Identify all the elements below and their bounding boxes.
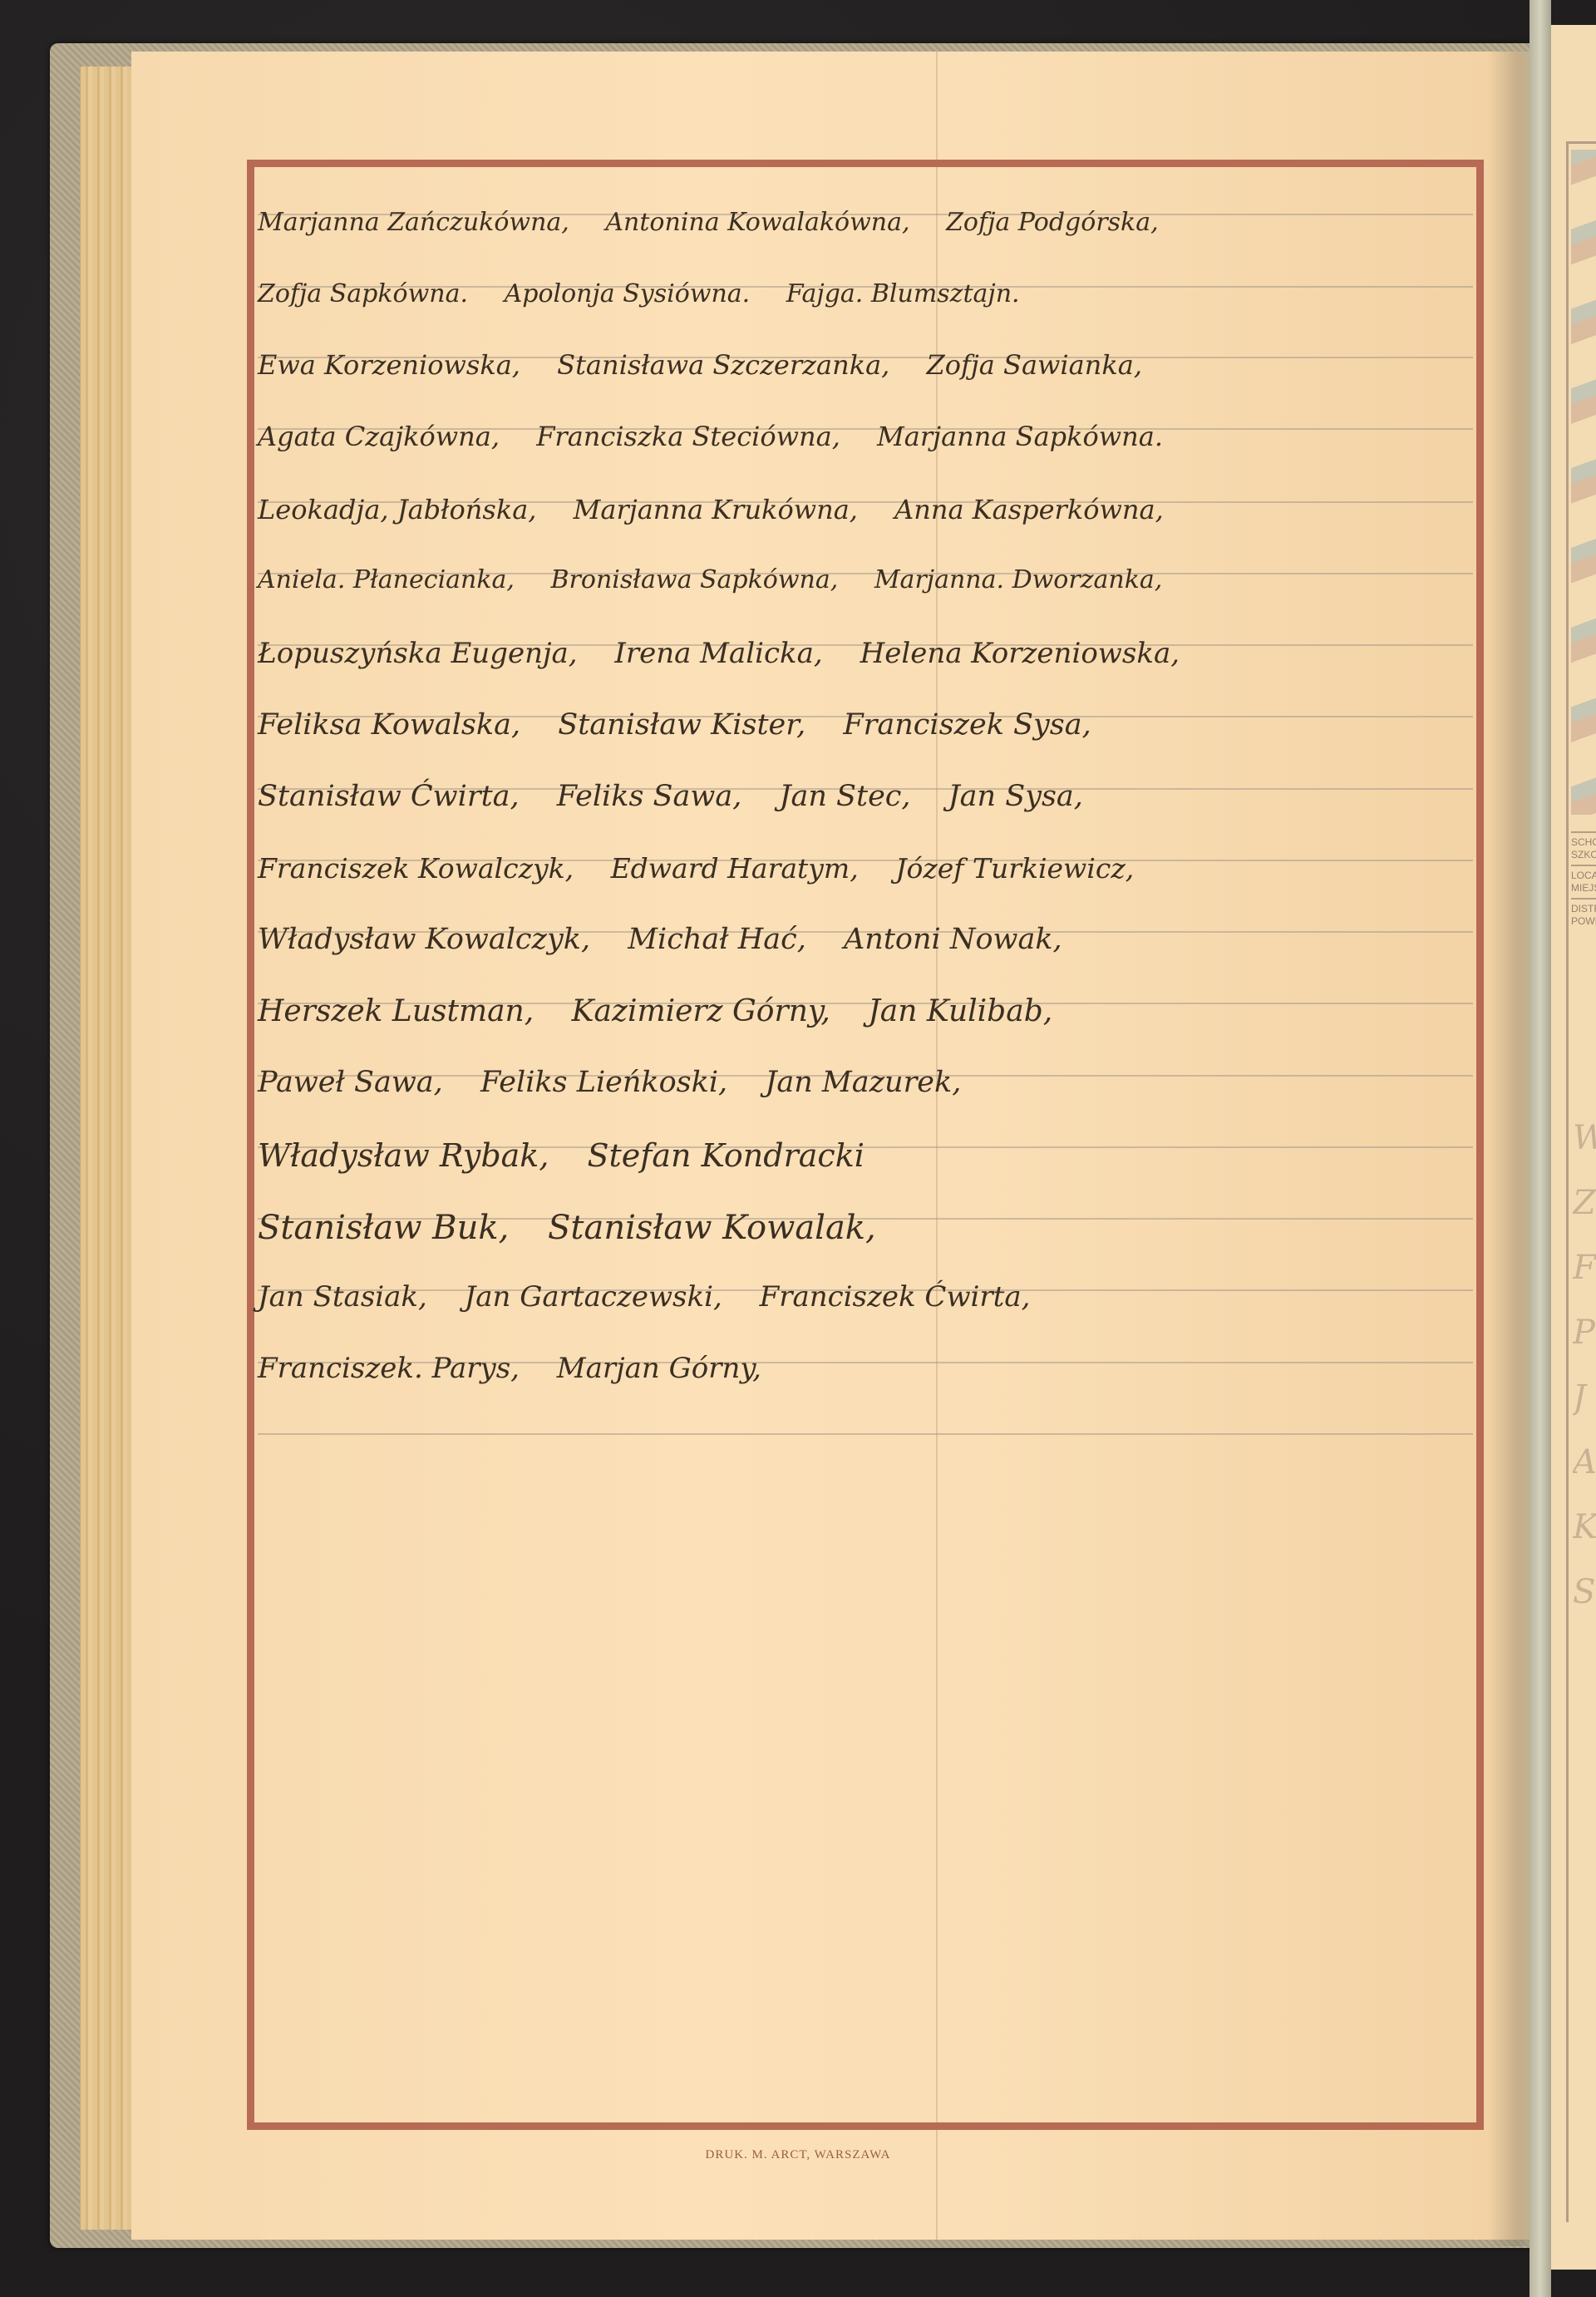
list-row: Władysław Rybak, Stefan Kondracki [258,1137,1463,1204]
name-entry: Marjanna Sapkówna. [877,421,1163,452]
name-entry: Stanisława Szczerzanka, [557,349,889,381]
label-school: SCHOOL [1571,836,1596,848]
name-entry: Marjanna Zańczukówna, [258,208,569,237]
name-entry: Stefan Kondracki [588,1137,864,1174]
page-edges [80,67,134,2230]
name-entry: Zofja Podgórska, [946,208,1159,237]
name-entry: Władysław Kowalczyk, [258,923,590,956]
printer-imprint: DRUK. M. ARCT, WARSZAWA [0,2148,1596,2162]
label-district: DISTRICT [1571,903,1596,914]
name-entry: Agata Czajkówna, [258,421,500,452]
rule-line [258,1433,1473,1435]
name-entry: Irena Malicka, [614,637,822,670]
list-row: Paweł Sawa, Feliks Lieńkoski, Jan Mazure… [258,1066,1463,1132]
name-entry: Stanisław Kister, [558,708,805,742]
list-row: Leokadja, Jabłońska, Marjanna Krukówna, … [258,494,1463,560]
name-entry: Marjan Górny, [557,1352,761,1385]
name-entry: Paweł Sawa, [258,1066,443,1099]
name-entry: Kazimierz Górny, [572,994,830,1028]
name-entry: Edward Haratym, [611,852,859,885]
name-entry: Michał Hać, [628,923,806,956]
name-entry: Bronisława Sapkówna, [551,565,839,594]
name-entry: Zofja Sawianka, [927,349,1142,381]
adjacent-page-labels: SCHOOLSZKOŁA LOCALITYMIEJSCOW DISTRICTPO… [1571,831,1596,931]
adjacent-page-ghost-text: WZFPJAKS [1573,1106,1596,1624]
name-entry: Franciszek Sysa, [843,708,1091,742]
name-entry: Stanisław Kowalak, [548,1209,876,1247]
name-entry: Ewa Korzeniowska, [258,349,520,381]
list-row: Jan Stasiak, Jan Gartaczewski, Francisze… [258,1280,1463,1347]
name-entry: Aniela. Płanecianka, [258,565,515,594]
list-row: Herszek Lustman, Kazimierz Górny, Jan Ku… [258,994,1463,1061]
name-entry: Franciszek Kowalczyk, [258,852,574,885]
name-entry: Marjanna. Dworzanka, [874,565,1162,594]
list-row: Feliksa Kowalska, Stanisław Kister, Fran… [258,708,1463,775]
name-entry: Helena Korzeniowska, [860,637,1180,670]
list-row: Franciszek. Parys, Marjan Górny, [258,1352,1463,1418]
list-row: Franciszek Kowalczyk, Edward Haratym, Jó… [258,852,1463,919]
list-row: Marjanna Zańczukówna, Antonina Kowalaków… [258,208,1463,274]
list-row: Stanisław Buk, Stanisław Kowalak, [258,1209,1463,1275]
list-row: Aniela. Płanecianka, Bronisława Sapkówna… [258,565,1463,632]
name-entry: Leokadja, Jabłońska, [258,494,536,525]
name-entry: Stanisław Buk, [258,1209,509,1247]
label-miejscowosc: MIEJSCOW [1571,882,1596,894]
name-entry: Fajga. Blumsztajn. [786,279,1020,308]
list-row: Władysław Kowalczyk, Michał Hać, Antoni … [258,923,1463,989]
adjacent-page-ornament [1571,150,1596,815]
name-entry: Herszek Lustman, [258,994,534,1028]
name-entry: Franciszek. Parys, [258,1352,520,1385]
name-entry: Jan Stasiak, [258,1280,427,1314]
name-entry: Franciszka Steciówna, [536,421,840,452]
label-szkola: SZKOŁA [1571,849,1596,860]
list-row: Zofja Sapkówna. Apolonja Sysiówna. Fajga… [258,279,1463,346]
list-row: Ewa Korzeniowska, Stanisława Szczerzanka… [258,349,1463,416]
list-row: Agata Czajkówna, Franciszka Steciówna, M… [258,421,1463,487]
name-entry: Apolonja Sysiówna. [505,279,751,308]
name-entry: Władysław Rybak, [258,1137,549,1174]
label-locality: LOCALITY [1571,870,1596,881]
name-entry: Marjanna Krukówna, [574,494,858,525]
name-entry: Jan Stec, [779,780,910,813]
name-entry: Antonina Kowalakówna, [605,208,909,237]
name-entry: Franciszek Ćwirta, [760,1280,1031,1314]
name-entry: Jan Kulibab, [868,994,1052,1028]
name-entry: Feliks Lieńkoski, [480,1066,727,1099]
name-entry: Antoni Nowak, [844,923,1062,956]
label-powiat: POWIAT [1571,915,1596,927]
name-entry: Feliks Sawa, [557,780,742,813]
name-entry: Anna Kasperkówna, [894,494,1164,525]
book-spine [1529,0,1551,2297]
list-row: Łopuszyńska Eugenja, Irena Malicka, Hele… [258,637,1463,703]
name-entry: Stanisław Ćwirta, [258,780,520,813]
name-entry: Zofja Sapkówna. [258,279,468,308]
name-entry: Józef Turkiewicz, [895,852,1134,885]
name-entry: Feliksa Kowalska, [258,708,520,742]
name-entry: Jan Gartaczewski, [465,1280,722,1314]
name-entry: Jan Sysa, [948,780,1083,813]
name-entry: Łopuszyńska Eugenja, [258,637,578,670]
name-entry: Jan Mazurek, [765,1066,961,1099]
list-row: Stanisław Ćwirta, Feliks Sawa, Jan Stec,… [258,780,1463,846]
